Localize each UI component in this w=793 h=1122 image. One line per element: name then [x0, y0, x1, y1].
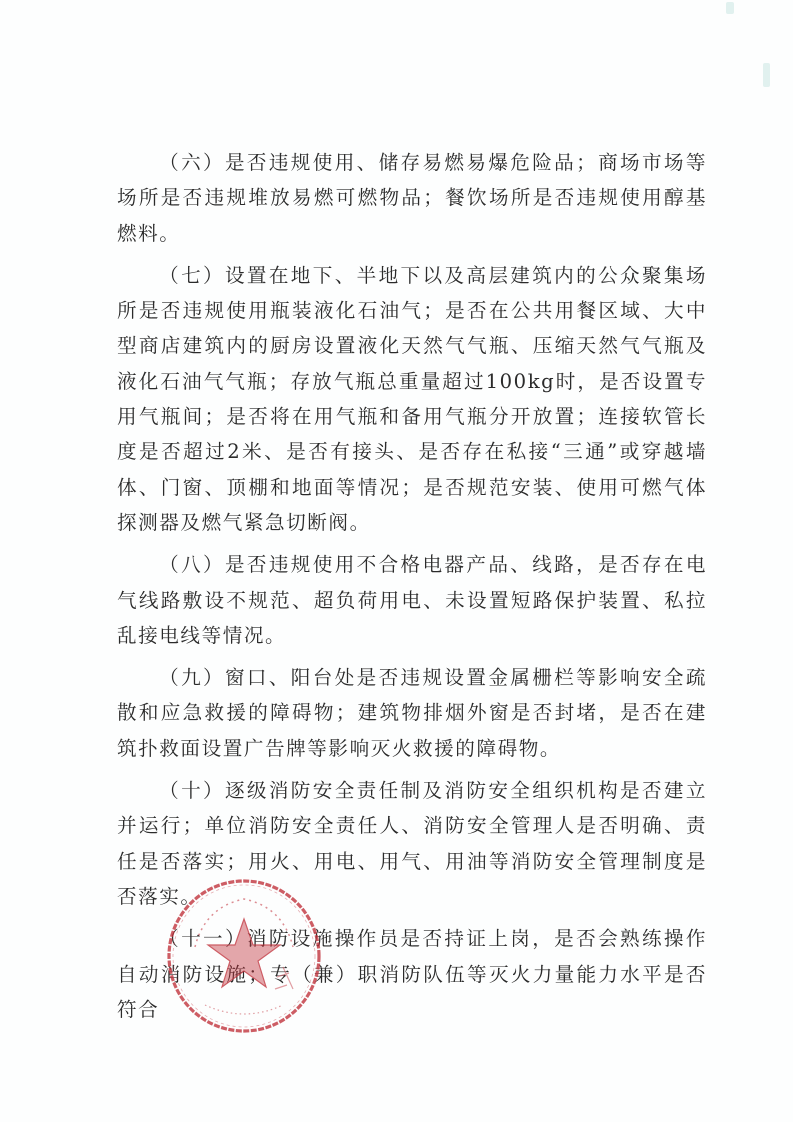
scan-speck — [763, 63, 770, 87]
document-body: （六）是否违规使用、储存易燃易爆危险品；商场市场等场所是否违规堆放易燃可燃物品；… — [117, 145, 707, 1027]
paragraph-9: （九）窗口、阳台处是否违规设置金属栅栏等影响安全疏散和应急救援的障碍物；建筑物排… — [117, 660, 707, 766]
paragraph-6: （六）是否违规使用、储存易燃易爆危险品；商场市场等场所是否违规堆放易燃可燃物品；… — [117, 145, 707, 251]
paragraph-11: （十一）消防设施操作员是否持证上岗，是否会熟练操作自动消防设施；专（兼）职消防队… — [117, 921, 707, 1027]
paragraph-10: （十）逐级消防安全责任制及消防安全组织机构是否建立并运行；单位消防安全责任人、消… — [117, 773, 707, 914]
paragraph-7: （七）设置在地下、半地下以及高层建筑内的公众聚集场所是否违规使用瓶装液化石油气；… — [117, 258, 707, 540]
paragraph-8: （八）是否违规使用不合格电器产品、线路，是否存在电气线路敷设不规范、超负荷用电、… — [117, 547, 707, 653]
scan-speck — [726, 2, 734, 14]
document-page: （六）是否违规使用、储存易燃易爆危险品；商场市场等场所是否违规堆放易燃可燃物品；… — [0, 0, 793, 1122]
